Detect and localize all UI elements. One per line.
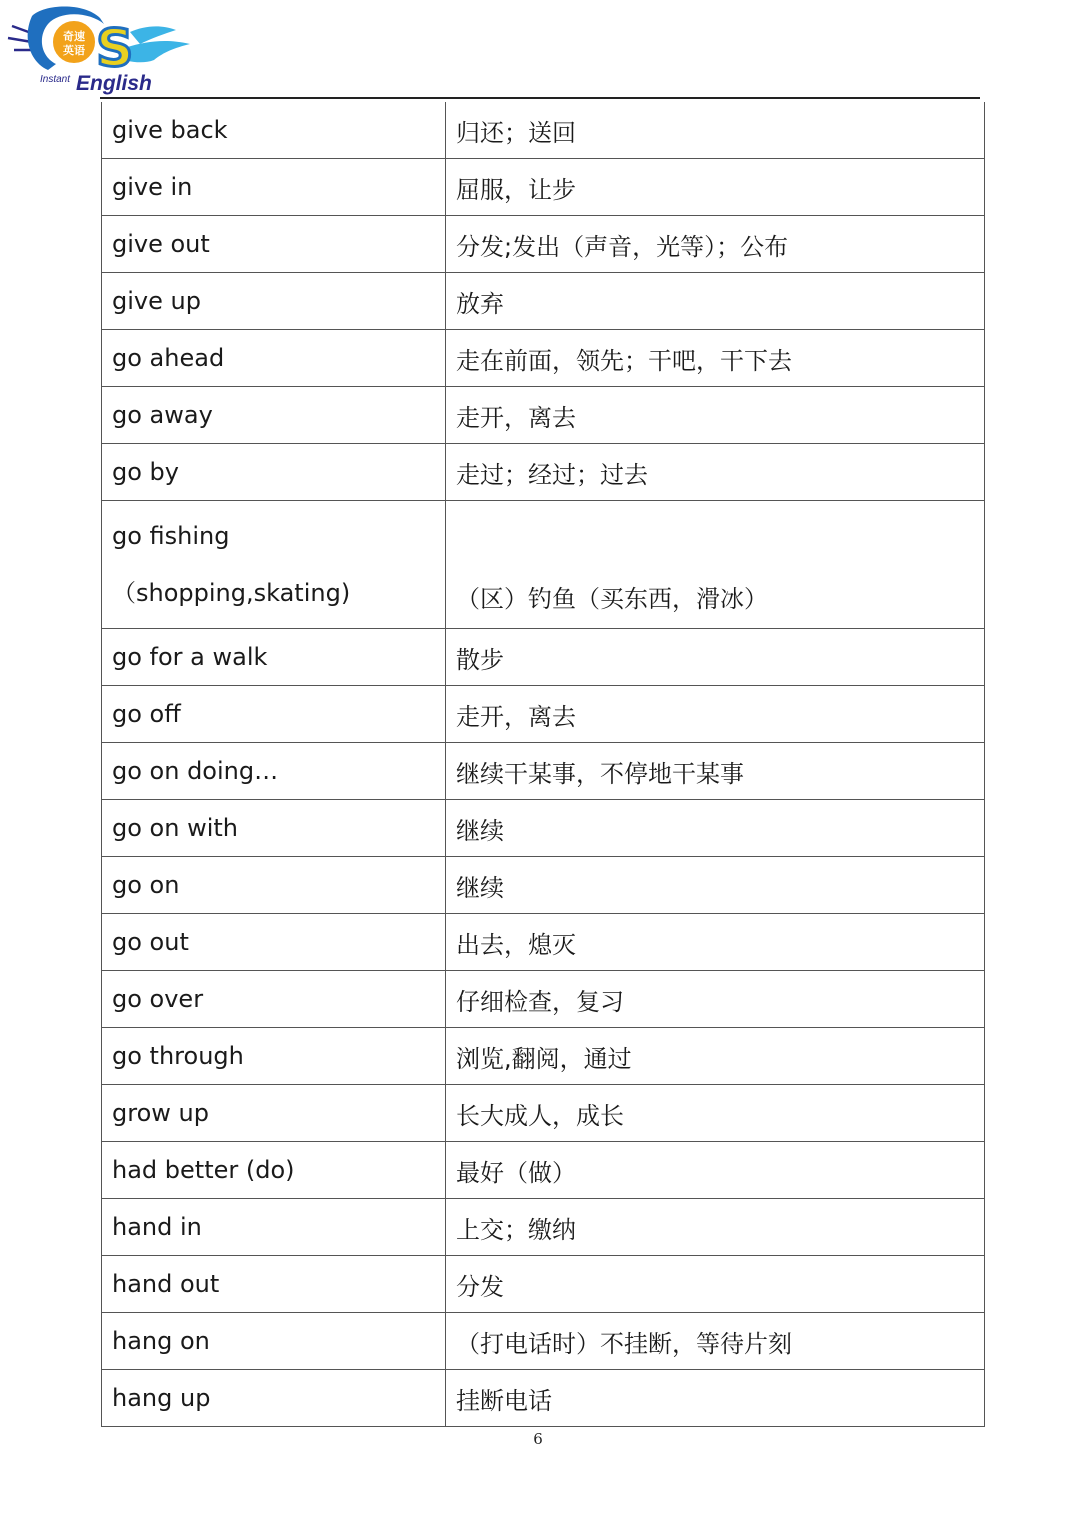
phrase-english: go fishing（shopping,skating) [102, 501, 446, 629]
table-row: give up放弃 [102, 273, 985, 330]
phrase-chinese: 出去，熄灭 [446, 914, 985, 971]
phrase-english: go on doing… [102, 743, 446, 800]
table-row: go for a walk散步 [102, 629, 985, 686]
phrase-table: give back归还；送回give in屈服，让步give out分发;发出（… [101, 102, 985, 1427]
phrase-english: go on with [102, 800, 446, 857]
phrase-chinese: 走开，离去 [446, 387, 985, 444]
phrase-english: give out [102, 216, 446, 273]
page-number: 6 [0, 1430, 1076, 1448]
phrase-english: go on [102, 857, 446, 914]
header-rule [100, 97, 980, 99]
phrase-english: hang on [102, 1313, 446, 1370]
phrase-english: hand out [102, 1256, 446, 1313]
phrase-chinese: 长大成人，成长 [446, 1085, 985, 1142]
table-row: go through浏览,翻阅，通过 [102, 1028, 985, 1085]
phrase-english: go over [102, 971, 446, 1028]
phrase-chinese: 分发;发出（声音，光等）；公布 [446, 216, 985, 273]
phrase-chinese: 继续 [446, 800, 985, 857]
phrase-chinese: 挂断电话 [446, 1370, 985, 1427]
table-row: go on with继续 [102, 800, 985, 857]
table-row: go ahead走在前面，领先；干吧，干下去 [102, 330, 985, 387]
table-row: go on doing…继续干某事，不停地干某事 [102, 743, 985, 800]
svg-text:奇速: 奇速 [63, 29, 85, 43]
phrase-english: go by [102, 444, 446, 501]
table-row: give in屈服，让步 [102, 159, 985, 216]
phrase-chinese: 继续 [446, 857, 985, 914]
phrase-chinese: 归还；送回 [446, 102, 985, 159]
phrase-english: go out [102, 914, 446, 971]
phrase-english: go away [102, 387, 446, 444]
table-row: hand in上交；缴纳 [102, 1199, 985, 1256]
phrase-english: hang up [102, 1370, 446, 1427]
phrase-chinese: 走开，离去 [446, 686, 985, 743]
phrase-english-line2: （shopping,skating) [112, 565, 435, 622]
phrase-chinese: 散步 [446, 629, 985, 686]
phrase-english: give in [102, 159, 446, 216]
table-row: give out分发;发出（声音，光等）；公布 [102, 216, 985, 273]
phrase-english: grow up [102, 1085, 446, 1142]
svg-text:英语: 英语 [63, 43, 85, 57]
phrase-english: go for a walk [102, 629, 446, 686]
table-row: hand out分发 [102, 1256, 985, 1313]
phrase-chinese: 继续干某事，不停地干某事 [446, 743, 985, 800]
table-row: hang up挂断电话 [102, 1370, 985, 1427]
table-row: go over仔细检查，复习 [102, 971, 985, 1028]
phrase-chinese: 最好（做） [446, 1142, 985, 1199]
phrase-english: go ahead [102, 330, 446, 387]
phrase-chinese: 屈服，让步 [446, 159, 985, 216]
table-row: hang on（打电话时）不挂断，等待片刻 [102, 1313, 985, 1370]
phrase-chinese: （打电话时）不挂断，等待片刻 [446, 1313, 985, 1370]
table-row: go out出去，熄灭 [102, 914, 985, 971]
phrase-english: go through [102, 1028, 446, 1085]
qs-english-logo: 奇速 英语 S Instant English [4, 4, 194, 96]
phrase-english-line1: go fishing [112, 508, 435, 565]
phrase-chinese: 浏览,翻阅，通过 [446, 1028, 985, 1085]
phrase-chinese: 走在前面，领先；干吧，干下去 [446, 330, 985, 387]
table-row: go off走开，离去 [102, 686, 985, 743]
phrase-english: hand in [102, 1199, 446, 1256]
phrase-chinese: 走过；经过；过去 [446, 444, 985, 501]
phrase-chinese: 分发 [446, 1256, 985, 1313]
phrase-english: had better (do) [102, 1142, 446, 1199]
table-row: go fishing（shopping,skating)（区）钓鱼（买东西，滑冰… [102, 501, 985, 629]
table-row: give back归还；送回 [102, 102, 985, 159]
table-row: go by走过；经过；过去 [102, 444, 985, 501]
svg-text:S: S [96, 19, 133, 79]
table-row: go on继续 [102, 857, 985, 914]
phrase-english: give back [102, 102, 446, 159]
phrase-english: go off [102, 686, 446, 743]
phrase-chinese: 仔细检查，复习 [446, 971, 985, 1028]
svg-text:Instant: Instant [40, 74, 71, 85]
phrase-english: give up [102, 273, 446, 330]
phrase-chinese: （区）钓鱼（买东西，滑冰） [446, 501, 985, 629]
table-row: had better (do)最好（做） [102, 1142, 985, 1199]
phrase-chinese: 放弃 [446, 273, 985, 330]
table-row: go away走开，离去 [102, 387, 985, 444]
svg-text:English: English [76, 72, 152, 95]
phrase-chinese: 上交；缴纳 [446, 1199, 985, 1256]
table-row: grow up长大成人，成长 [102, 1085, 985, 1142]
